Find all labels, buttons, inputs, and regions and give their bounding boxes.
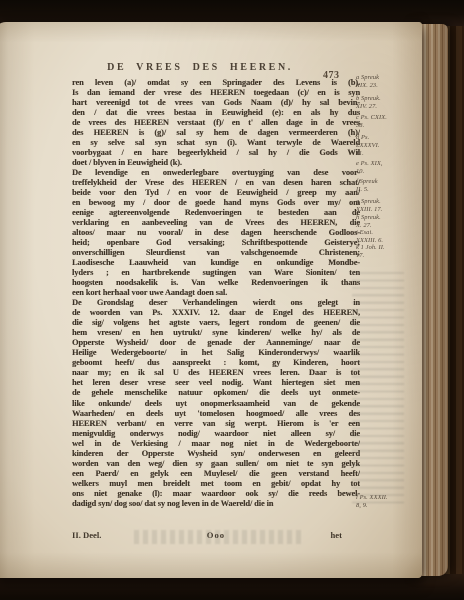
paragraph-lines: De levendige en onwederlegbare overtuygi… (72, 168, 360, 298)
margin-note-lines: b Spreuk. XIV. 27. (356, 95, 408, 111)
paragraph-lines: ren leven (a)/ omdat sy een Springader d… (72, 78, 360, 168)
text-line: doet / blyven in Eeuwigheid (k). (72, 158, 360, 168)
paragraph: De Grondslag deser Verhandelingen wierdt… (72, 298, 360, 508)
text-line: Heilige Wedergeboorte/ in het Salig Kind… (72, 348, 360, 358)
page-header: DE VREES DES HEEREN. 473 (80, 62, 320, 73)
margin-note-line: d Ps. (356, 134, 408, 142)
margin-note-lines: k 1 Joh. II. 17. (356, 244, 408, 260)
margin-note-lines: i Esai. XXXIII. 6. (356, 229, 408, 245)
text-line: naar my; en ik sal U des HEEREN vrees le… (72, 368, 360, 378)
text-line: lyders ; en hartbrekende sugtingen van W… (72, 268, 360, 278)
margin-note: b Spreuk. XIV. 27. (356, 95, 408, 111)
text-line: kinderen der Opperste Wysheid syn/ onder… (72, 449, 360, 459)
margin-note-line: g Spreuk. (356, 198, 408, 206)
margin-note-lines: c Ps. CXIX. 38. (356, 114, 408, 130)
catchword: het (331, 530, 360, 540)
paragraph: De levendige en onwederlegbare overtuygi… (72, 168, 360, 298)
margin-note-line: f Spreuk (356, 178, 408, 186)
margin-note-line: 38. (356, 122, 408, 130)
text-line: verklaring en aanbeveeling van de Vrees … (72, 218, 360, 228)
margin-note-line: c Ps. CXIX. (356, 114, 408, 122)
margin-note: a Spreuk XIX. 23. (356, 74, 408, 90)
text-line: welkers muyl men breidelt met toom en ge… (72, 479, 360, 489)
margin-note: l Ps. XXXII. 8, 9. (356, 494, 408, 510)
margin-note-line: 11. (356, 150, 408, 158)
margin-note-lines: h Spreuk. X. 27. (356, 214, 408, 230)
text-line: dadigd syn/ dog soo/ dat sy nog leven in… (72, 499, 360, 509)
margin-note-line: XIX. 23. (356, 82, 408, 90)
text-line: heid; openbare God versaking; Schriftbes… (72, 238, 360, 248)
text-line: Laodisesche Laauwheid van kundige en onk… (72, 258, 360, 268)
margin-note-line: 8, 9. (356, 502, 408, 510)
text-line: De Grondslag deser Verhandelingen wierdt… (72, 298, 360, 308)
text-line: het leren deser vrese seer veel nodig. W… (72, 378, 360, 388)
text-line: menigvuldig onderwys nodig/ waardoor nie… (72, 429, 360, 439)
margin-note-line: 10. (356, 168, 408, 176)
paragraph: ren leven (a)/ omdat sy een Springader d… (72, 78, 360, 168)
margin-note: h Spreuk. X. 27. (356, 214, 408, 230)
margin-note-line: a Spreuk (356, 74, 408, 82)
margin-note-line: b Spreuk. (356, 95, 408, 103)
margin-note-line: XXIII. 17. (356, 206, 408, 214)
margin-note-line: II. 5. (356, 186, 408, 194)
running-title: DE VREES DES HEEREN. (107, 62, 293, 73)
text-line: de gehele menschelike natuur opkomen/ di… (72, 388, 360, 398)
text-line: Opperste Wysheid/ door de genade der Aan… (72, 338, 360, 348)
paragraph-lines: De Grondslag deser Verhandelingen wierdt… (72, 298, 360, 508)
text-line: hem vresen/ en hen uytrukt/ syne kindere… (72, 328, 360, 338)
text-line: HEEREN verbant/ en verre van sig werpt. … (72, 419, 360, 429)
margin-note-line: e Ps. XIX, (356, 160, 408, 168)
margin-note: k 1 Joh. II. 17. (356, 244, 408, 260)
text-line: voorbygaat / en hare begeerlykheid / sal… (72, 148, 360, 158)
margin-note-line: k 1 Joh. II. (356, 244, 408, 252)
body-text: ren leven (a)/ omdat sy een Springader d… (72, 78, 360, 509)
margin-note-line: i Esai. (356, 229, 408, 237)
margin-note-lines: l Ps. XXXII. 8, 9. (356, 494, 408, 510)
margin-note-line: h Spreuk. (356, 214, 408, 222)
text-line: wel in de Verkiesing / maar nog niet in … (72, 439, 360, 449)
margin-note-lines: e Ps. XIX, 10. (356, 160, 408, 176)
text-line: die sig/ volgens het agtste vaers, leger… (72, 318, 360, 328)
page-footer: II. Deel. Ooo het (72, 530, 360, 540)
text-line: ren leven (a)/ omdat sy een Springader d… (72, 78, 360, 88)
text-line: ons niet genake (l): maar waardoor ook s… (72, 489, 360, 499)
text-line: Waarheden/ en deels uyt 'tomelosen hoogm… (72, 409, 360, 419)
text-line: treffelykheid der Vrese des HEEREN / en … (72, 178, 360, 188)
margin-note-line: l Ps. XXXII. (356, 494, 408, 502)
margin-note: d Ps. LXXXVI. 11. (356, 134, 408, 157)
text-line: hoogsten noodsakelik is. Van welke Reden… (72, 278, 360, 288)
margin-note-line: LXXXVI. (356, 142, 408, 150)
text-line: geboomt heeft/ dus aanspreekt : komt, gy… (72, 358, 360, 368)
text-line: en sy selve sal syn schat syn (i). Want … (72, 138, 360, 148)
margin-note: i Esai. XXXIII. 6. (356, 229, 408, 245)
text-line: en bewoog my / door de goede hand myns G… (72, 198, 360, 208)
text-line: De levendige en onwederlegbare overtuygi… (72, 168, 360, 178)
margin-note-line: XIV. 27. (356, 103, 408, 111)
text-line: een Paerd/ en gelyk een Muylesel/ die ge… (72, 469, 360, 479)
margin-note-lines: d Ps. LXXXVI. 11. (356, 134, 408, 157)
text-line: like onkunde/ deels uyt onopmerksaamheid… (72, 399, 360, 409)
volume-label: II. Deel. (72, 530, 101, 540)
signature-mark: Ooo (207, 530, 225, 540)
text-line: de woorden van Ps. XXXIV. 12. daar de En… (72, 308, 360, 318)
text-line: des HEEREN is (g)/ sal sy hem de dagen v… (72, 128, 360, 138)
margin-note-lines: g Spreuk. XXIII. 17. (356, 198, 408, 214)
text-line: Is dan iemand der vrese des HEEREN toege… (72, 88, 360, 98)
text-line: beide voor den Tyd / en voor de Eeuwighe… (72, 188, 360, 198)
text-line: den / dat die vrees bestaa in Eeuwigheid… (72, 108, 360, 118)
book-page: DE VREES DES HEEREN. 473 ren leven (a)/ … (0, 22, 422, 578)
text-line: een kort herhaal voor uwe Aandagt doen s… (72, 288, 360, 298)
margin-note: e Ps. XIX, 10. (356, 160, 408, 176)
margin-note-lines: a Spreuk XIX. 23. (356, 74, 408, 90)
margin-note: c Ps. CXIX. 38. (356, 114, 408, 130)
text-line: altoos/ maar nu vooral/ in dese dagen he… (72, 228, 360, 238)
text-line: eenige agtereenvolgende Redenvoeringen t… (72, 208, 360, 218)
text-line: worden van den weg/ dien sy gaan sullen/… (72, 459, 360, 469)
margin-note: g Spreuk. XXIII. 17. (356, 198, 408, 214)
margin-note-line: 17. (356, 252, 408, 260)
book-photograph: DE VREES DES HEEREN. 473 ren leven (a)/ … (0, 0, 464, 600)
text-line: de vrees des HEEREN verstaat (f)/ en t' … (72, 118, 360, 128)
margin-note: f Spreuk II. 5. (356, 178, 408, 194)
text-line: onverschilligen Sleurdienst van valschge… (72, 248, 360, 258)
margin-note-lines: f Spreuk II. 5. (356, 178, 408, 194)
text-line: hart vereenigd tot de vrees van Gods Naa… (72, 98, 360, 108)
